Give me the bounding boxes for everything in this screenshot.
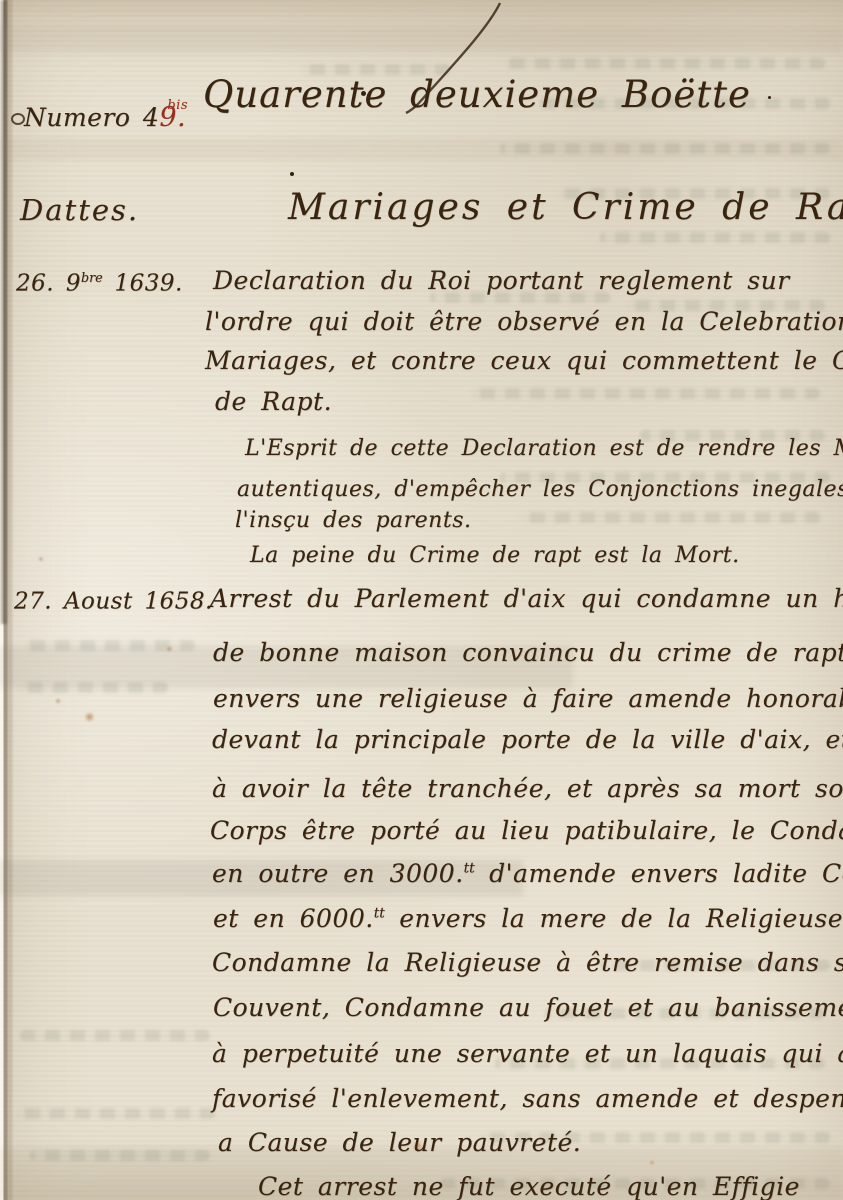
foxing-spot [166, 646, 173, 652]
entry-line: devant la principale porte de la ville d… [212, 727, 843, 752]
entry-line-text: d'amende envers ladite Cour, [475, 859, 843, 888]
bleedthrough-mark [520, 512, 820, 523]
numero-prefix: Numero 4 [24, 103, 159, 132]
numero-red-figure: bis9. [159, 100, 188, 130]
note-line: autentiques, d'empêcher les Conjonctions… [237, 479, 843, 501]
entry-line-text: et en 6000. [213, 904, 374, 933]
entry-line: en outre en 3000.tt d'amende envers ladi… [212, 861, 843, 886]
entry-line: de Rapt. [215, 389, 332, 414]
page-edge-crease [1, 0, 7, 624]
note-line: L'Esprit de cette Declaration est de ren… [245, 438, 843, 460]
entry-line: à avoir la tête tranchée, et après sa mo… [212, 776, 843, 801]
bleedthrough-mark [505, 58, 825, 69]
bleedthrough-mark [500, 143, 830, 154]
entry-line: à perpetuité une servante et un laquais … [212, 1041, 843, 1066]
note-line: l'insçu des parents. [235, 510, 471, 532]
entry-line: envers une religieuse à faire amende hon… [213, 686, 843, 711]
entry-line: Couvent, Condamne au fouet et au banisse… [213, 995, 843, 1020]
numero-red-digit: 9. [159, 102, 186, 133]
bleedthrough-mark [600, 232, 830, 243]
box-title: Quarente deuxieme Boëtte [203, 76, 751, 113]
entry-line-text: envers la mere de la Religieuse, — [385, 904, 843, 933]
entry-line: Mariages, et contre ceux qui commettent … [205, 348, 843, 373]
bleedthrough-mark [20, 1030, 210, 1041]
foxing-spot [649, 1160, 655, 1165]
manuscript-page: Numero 4bis9. Quarente deuxieme Boëtte D… [0, 0, 843, 1200]
entry-line: l'ordre qui doit être observé en la Cele… [205, 309, 843, 334]
dates-column-label: Dattes. [20, 196, 139, 225]
entry-date-text: 27. Aoust 1658. [14, 589, 213, 615]
entry-line: Condamne la Religieuse à être remise dan… [212, 950, 843, 975]
bleedthrough-mark [470, 388, 820, 399]
entry-line: Corps être porté au lieu patibulaire, le… [210, 818, 843, 843]
entry-line: de bonne maison convaincu du crime de ra… [213, 640, 843, 665]
entry-date-text: 26. 9 [16, 271, 81, 297]
amount-superscript: tt [374, 906, 385, 922]
bleedthrough-mark [30, 1150, 210, 1161]
amount-superscript: tt [464, 861, 475, 877]
entry-line: Declaration du Roi portant reglement sur [213, 268, 790, 293]
bleedthrough-mark [15, 1108, 215, 1119]
foxing-spot [38, 556, 44, 562]
numero-label: Numero 4bis9. [24, 100, 188, 130]
entry-line-text: en outre en 3000. [212, 859, 464, 888]
ink-speck [290, 172, 294, 176]
subject-title: Mariages et Crime de Rapt. [288, 190, 843, 226]
entry-line: Cet arrest ne fut executé qu'en Effigie [258, 1174, 800, 1199]
entry-date-text: 1639. [103, 271, 183, 297]
crease-band [0, 26, 843, 52]
entry-date-superscript: bre [81, 270, 103, 285]
entry-line: favorisé l'enlevement, sans amende et de… [212, 1086, 843, 1111]
entry-line: et en 6000.tt envers la mere de la Relig… [213, 906, 843, 931]
ink-speck [768, 96, 771, 99]
entry-date: 27. Aoust 1658. [14, 590, 213, 614]
entry-line: a Cause de leur pauvreté. [218, 1130, 581, 1155]
paraph-mark [11, 113, 25, 125]
entry-line: Arrest du Parlement d'aix qui condamne u… [210, 586, 843, 611]
bleedthrough-mark [18, 682, 168, 693]
foxing-spot [84, 712, 95, 722]
foxing-spot [55, 698, 61, 704]
note-line: La peine du Crime de rapt est la Mort. [250, 545, 740, 567]
entry-date: 26. 9bre 1639. [16, 272, 183, 296]
page-edge-left [0, 0, 14, 1200]
